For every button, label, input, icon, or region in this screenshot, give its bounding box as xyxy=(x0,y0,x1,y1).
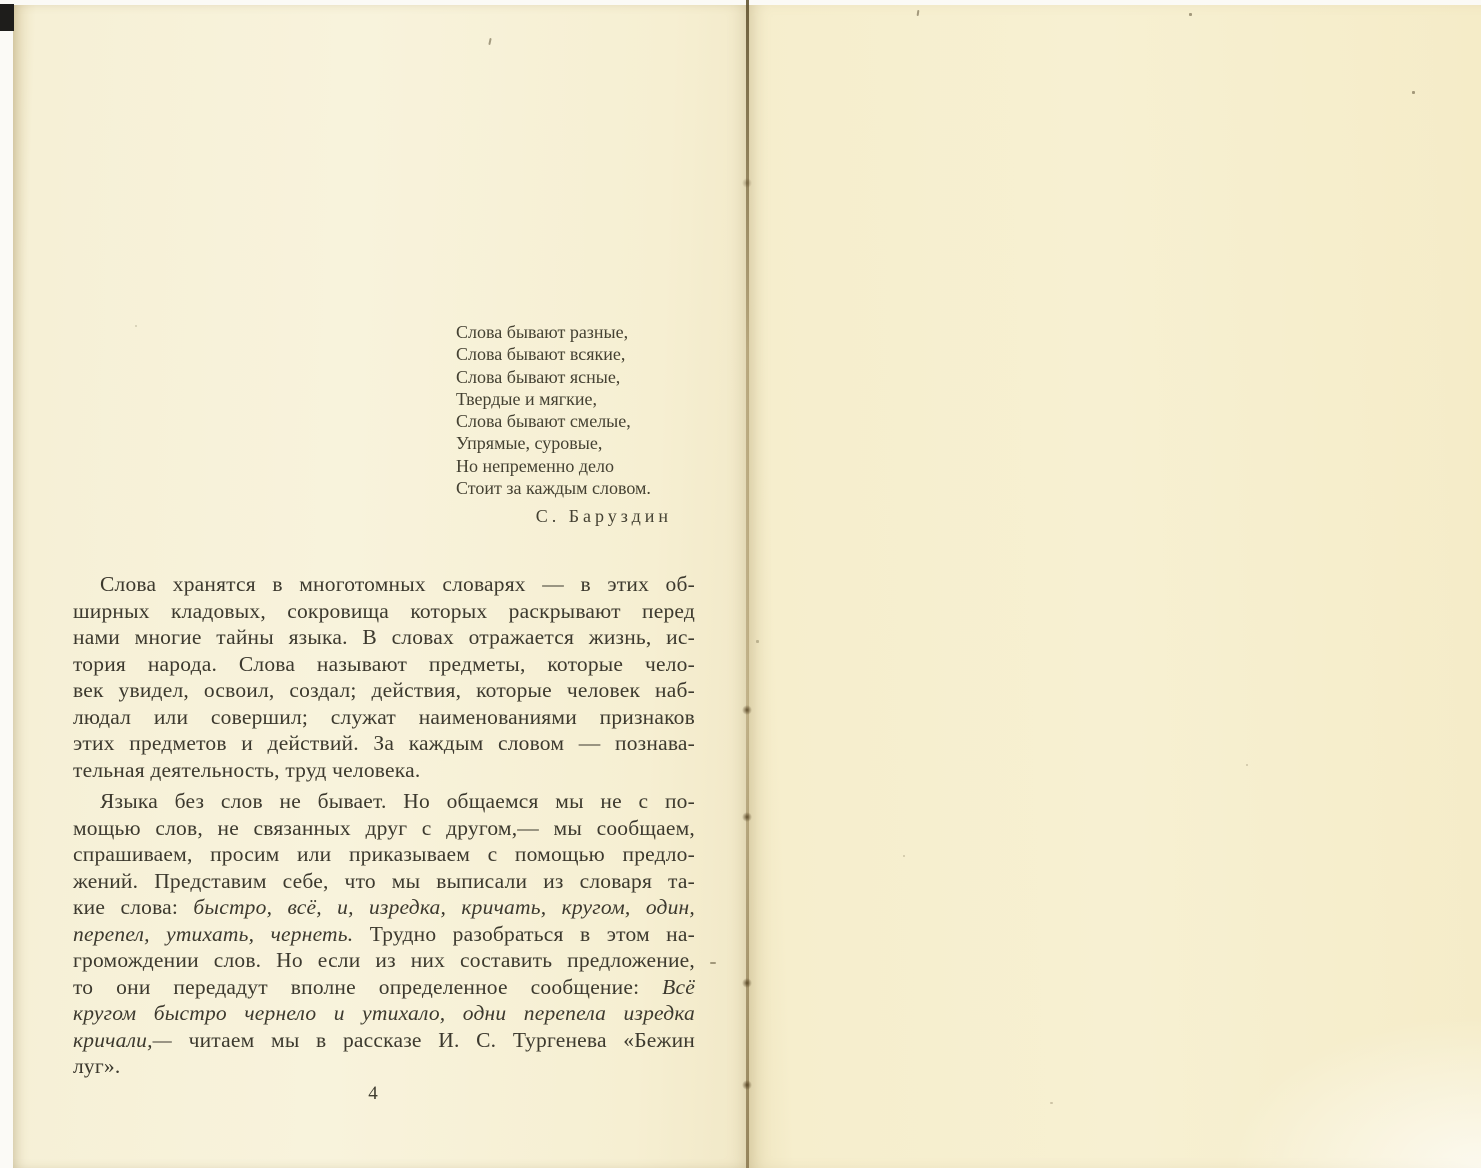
text-segment: век увидел, освоил, создал; действия, ко… xyxy=(73,678,695,702)
text-segment: кругом быстро чернело и утихало, одни пе… xyxy=(73,1001,695,1025)
text-segment: нами многие тайны языка. В словах отража… xyxy=(73,625,695,649)
text-line: мощью слов, не связанных друг с другом,—… xyxy=(73,815,695,842)
text-segment: кричали,— xyxy=(73,1028,172,1052)
text-line: ширных кладовых, сокровища которых раскр… xyxy=(73,598,695,625)
text-line: спрашиваем, просим или приказываем с пом… xyxy=(73,841,695,868)
left-page: Слова бывают разные,Слова бывают всякие,… xyxy=(13,5,748,1168)
text-segment: тельная деятельность, труд человека. xyxy=(73,758,420,782)
paragraph-words-in-dictionaries: Слова хранятся в многотомных словарях — … xyxy=(73,571,695,783)
text-line: перепел, утихать, чернеть. Трудно разобр… xyxy=(73,921,695,948)
text-line: нами многие тайны языка. В словах отража… xyxy=(73,624,695,651)
text-segment: перепел, утихать, чернеть. xyxy=(73,922,353,946)
text-line: жений. Представим себе, что мы выписали … xyxy=(73,868,695,895)
paper-speck xyxy=(1050,1102,1053,1104)
text-line: кругом быстро чернело и утихало, одни пе… xyxy=(73,1000,695,1027)
spine-stitch-mark xyxy=(742,812,752,822)
text-line: Слова бывают всякие, xyxy=(456,343,672,365)
spine-stitch-mark xyxy=(742,178,752,188)
poem-lines: Слова бывают разные,Слова бывают всякие,… xyxy=(456,321,672,499)
text-line: Стоит за каждым словом. xyxy=(456,477,672,499)
poem: Слова бывают разные,Слова бывают всякие,… xyxy=(456,321,672,528)
text-segment: жений. Представим себе, что мы выписали … xyxy=(73,869,695,893)
text-segment: кие слова: xyxy=(73,895,193,919)
paper-speck xyxy=(1246,764,1248,766)
text-segment: мощью слов, не связанных друг с другом,—… xyxy=(73,816,695,840)
text-line: людал или совершил; служат наименованиям… xyxy=(73,704,695,731)
text-segment: ширных кладовых, сокровища которых раскр… xyxy=(73,599,695,623)
poem-attribution: С. Баруздин xyxy=(456,505,672,527)
paper-speck xyxy=(1189,13,1192,16)
text-segment: читаем мы в рассказе И. С. Тургенева «Бе… xyxy=(172,1028,695,1052)
page-curl-highlight xyxy=(1181,988,1481,1168)
text-line: Слова хранятся в многотомных словарях — … xyxy=(73,571,695,598)
page-number: 4 xyxy=(73,1083,673,1105)
book-spread-scan: Слова бывают разные,Слова бывают всякие,… xyxy=(0,0,1481,1168)
text-line: кие слова: быстро, всё, и, изредка, крич… xyxy=(73,894,695,921)
paper-speck xyxy=(1412,91,1415,94)
text-segment: луг». xyxy=(73,1054,120,1078)
text-line: Слова бывают разные, xyxy=(456,321,672,343)
text-line: тория народа. Слова называют предметы, к… xyxy=(73,651,695,678)
text-line: этих предметов и действий. За каждым сло… xyxy=(73,730,695,757)
paper-speck xyxy=(710,962,716,964)
paper-speck xyxy=(756,640,759,643)
text-line: кричали,— читаем мы в рассказе И. С. Тур… xyxy=(73,1027,695,1054)
text-segment: этих предметов и действий. За каждым сло… xyxy=(73,731,695,755)
paragraph-language-without-words: Языка без слов не бывает. Но общаемся мы… xyxy=(73,788,695,1080)
text-line: Слова бывают смелые, xyxy=(456,410,672,432)
text-line: Но непременно дело xyxy=(456,455,672,477)
spine-stitch-mark xyxy=(742,705,752,715)
book-spine xyxy=(746,0,749,1168)
text-segment: спрашиваем, просим или приказываем с пом… xyxy=(73,842,695,866)
scan-artifact-black-corner xyxy=(0,4,14,31)
paper-speck xyxy=(903,855,905,857)
text-segment: Слова хранятся в многотомных словарях — … xyxy=(100,572,695,596)
text-segment: громождении слов. Но если из них состави… xyxy=(73,948,695,972)
paper-speck xyxy=(135,325,137,327)
text-segment: тория народа. Слова называют предметы, к… xyxy=(73,652,695,676)
text-line: громождении слов. Но если из них состави… xyxy=(73,947,695,974)
text-segment: то они передадут вполне определенное соо… xyxy=(73,975,662,999)
text-segment: быстро, всё, и, изредка, кричать, кругом… xyxy=(193,895,695,919)
spine-stitch-mark xyxy=(742,1080,752,1090)
text-segment: людал или совершил; служат наименованиям… xyxy=(73,705,695,729)
text-line: то они передадут вполне определенное соо… xyxy=(73,974,695,1001)
text-segment: Трудно разобраться в этом на- xyxy=(353,922,695,946)
text-line: Языка без слов не бывает. Но общаемся мы… xyxy=(73,788,695,815)
text-segment: Всё xyxy=(662,975,695,999)
text-segment: Языка без слов не бывает. Но общаемся мы… xyxy=(100,789,695,813)
text-line: Твердые и мягкие, xyxy=(456,388,672,410)
text-line: Упрямые, суровые, xyxy=(456,432,672,454)
text-line: век увидел, освоил, создал; действия, ко… xyxy=(73,677,695,704)
text-line: Слова бывают ясные, xyxy=(456,366,672,388)
right-page: Из одних и тех же слов можно составить р… xyxy=(748,5,1481,1168)
spine-stitch-mark xyxy=(742,978,752,988)
text-line: луг». xyxy=(73,1053,695,1080)
text-line: тельная деятельность, труд человека. xyxy=(73,757,695,784)
